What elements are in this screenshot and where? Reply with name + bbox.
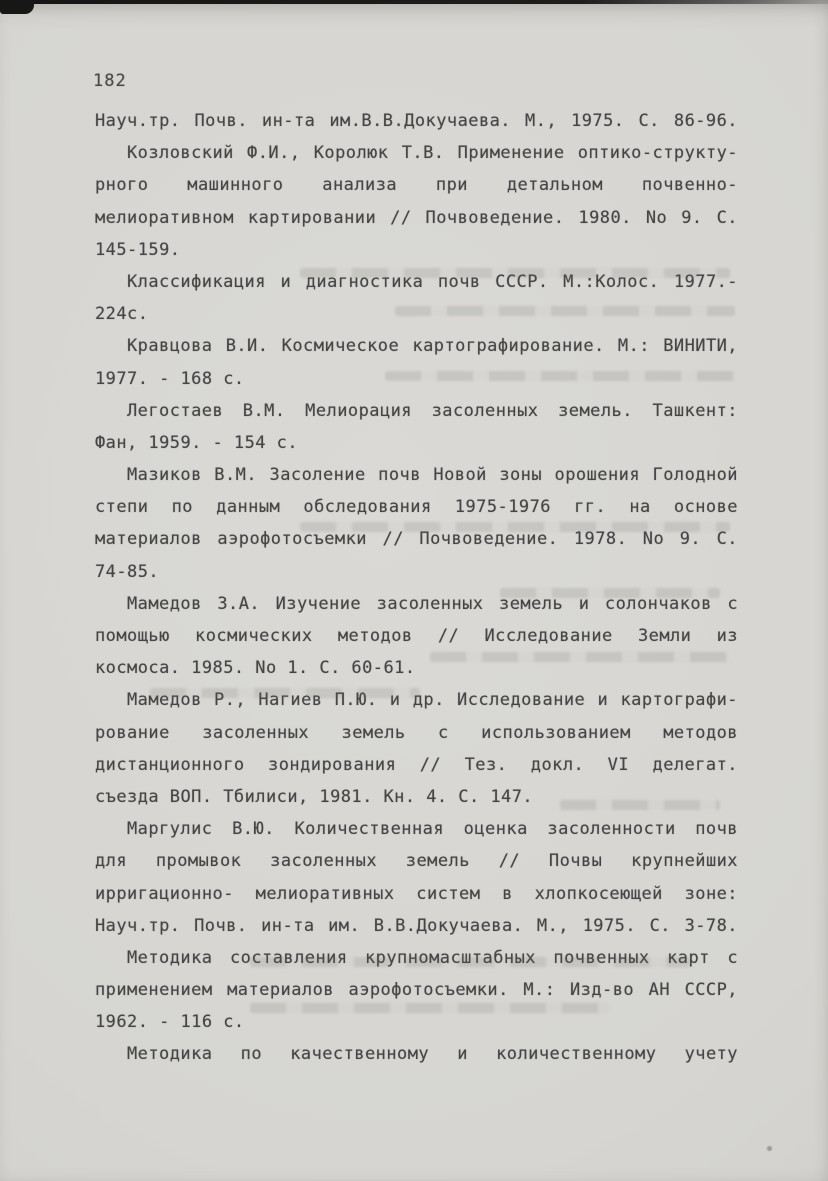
bibliography-line: 145-159. <box>95 234 738 266</box>
bibliography-line: мелиоративном картировании // Почвоведен… <box>95 202 738 234</box>
bibliography-line: дистанционного зондирования // Тез. докл… <box>95 749 738 781</box>
bibliography-line: для промывок засоленных земель // Почвы … <box>95 845 738 877</box>
bleedthrough-artifact <box>150 688 420 698</box>
bibliography-line: Маргулис В.Ю. Количественная оценка засо… <box>95 813 738 845</box>
bibliography-line: рного машинного анализа при детальном по… <box>95 169 738 201</box>
bibliography-line: степи по данным обследования 1975-1976 г… <box>95 491 738 523</box>
bibliography-line: Мазиков В.М. Засоление почв Новой зоны о… <box>95 459 738 491</box>
bleedthrough-artifact <box>385 371 735 381</box>
bleedthrough-artifact <box>500 588 720 598</box>
bleedthrough-artifact <box>560 800 720 810</box>
bibliography-line: Фан, 1959. - 154 с. <box>95 427 738 459</box>
bibliography-line: рование засоленных земель с использовани… <box>95 717 738 749</box>
scan-corner-artifact <box>0 0 34 14</box>
scanned-document-page: { "page": { "number": "182", "lines": [ … <box>0 0 828 1181</box>
scan-top-edge-shadow <box>0 0 828 4</box>
bleedthrough-artifact <box>430 652 730 662</box>
scan-surface: 182 Науч.тр. Почв. ин-та им.В.В.Докучаев… <box>0 0 828 1181</box>
bibliography-line: Науч.тр. Почв. ин-та им.В.В.Докучаева. М… <box>95 105 738 137</box>
bibliography-line: ирригационно- мелиоративных систем в хло… <box>95 878 738 910</box>
bibliography-line: Кравцова В.И. Космическое картографирова… <box>95 330 738 362</box>
bleedthrough-artifact <box>395 306 735 316</box>
bleedthrough-artifact <box>250 957 690 967</box>
bibliography-line: применением материалов аэрофотосъемки. М… <box>95 974 738 1006</box>
bibliography-line: Науч.тр. Почв. ин-та им. В.В.Докучаева. … <box>95 910 738 942</box>
scan-speck-artifact <box>767 1146 772 1151</box>
page-number: 182 <box>93 71 127 91</box>
bibliography-line: Методика по качественному и количественн… <box>95 1038 738 1070</box>
bleedthrough-artifact <box>300 268 730 278</box>
bibliography-line: 74-85. <box>95 556 738 588</box>
bibliography-line: Легостаев В.М. Мелиорация засоленных зем… <box>95 395 738 427</box>
bibliography-line: помощью космических методов // Исследова… <box>95 620 738 652</box>
bibliography-line: Козловский Ф.И., Королюк Т.В. Применение… <box>95 137 738 169</box>
bleedthrough-artifact <box>250 1003 610 1013</box>
bleedthrough-artifact <box>300 522 730 532</box>
